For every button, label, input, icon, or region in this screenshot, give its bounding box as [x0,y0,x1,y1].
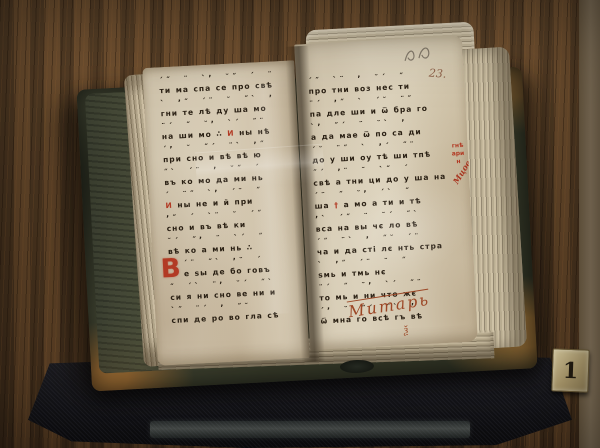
red-initial-letter: В [160,257,181,280]
manuscript-line: ˝ ˊˋ ¨ʼ ˘ˊ ˝ˋ си я ни сно ве ни и [170,277,299,303]
manuscript-line: ˋʼ ˝ˊ ¨ ˘ˋ ʼ а да мае ѿ по са ди [310,116,455,143]
manuscript-line: ¨ˊ ˝ ˘ʼ ˋˊ ˝¨ на ши мо ∴ И ны нѣ [161,117,290,143]
exhibit-number: 1 [562,357,578,384]
manuscript-line: ˝ˊ ʼ¨ ˘ ˋ˝ ˊ свѣ а тни ци до у ша на [313,162,458,189]
manuscript-line: ˊ˝ ¨ˋ ʼ ˝˘ ˊ¨ ча и да сті лє нть стра [316,231,461,258]
museum-photo-scene: ˊ˝ ¨ ˋʼ ˘˝ ˊ ¨ ти ма спа се про свѣ ˋ ʼ˝… [0,0,600,448]
manuscript-line: ˝ˋ ˊ¨ ʼ ˘˝ ˊ въ ко мо да ми нь [164,163,293,189]
manuscript-line: ˋ ʼ˝ ˊ¨ ˘ ˝ˋ ʼ гни те лѣ ду ша мо [160,94,289,120]
manuscript-line: ʼ˝ ˊ ˋ¨ ˘ ˊ˝ сно и въ вѣ ки [166,208,295,234]
manuscript-line: ˊ˘ ¨˝ ˋ ʼˊ ˝¨ до у ши оу тѣ ши тпѣ [311,139,456,166]
red-marginalia: гнѣ ари н Мцов [449,142,467,181]
exhibit-number-tag: 1 [551,348,589,392]
red-marginalia-word: Мцов [452,167,467,185]
manuscript-line-with-initial: В ˊ¨ ˝ˋ ʼ˘ ˊ е ѕы де бо говъ [168,254,297,280]
page-number: 23. [428,67,446,81]
manuscript-line: ˋ˝ ¨ˊ ʼ ˝˘ спи де ро во гла сѣ [171,300,300,326]
manuscript-line: ˘ˊ ˝ʼ ¨ ˋˊ ˝ вѣ ко а ми нь ∴ [167,231,296,257]
manuscript-line: ˊ ¨˝ ˋʼ ˊ˘ ˝ И ны не и й при [165,185,294,211]
manuscript-line: ˊ¨ ˝ ˘ʼ ˊˋ ˝ ша † а мо а ти и тѣ [314,185,459,212]
manuscript-line: ˊʼ ˘ ˝ˊ ¨ˋ ʼ˝ при сно и вѣ вѣ ю [162,140,291,166]
manuscript-line: ¨ˊ ʼ˝ ˋ ˊ˘ ¨˝ па дле ши и ѿ бра го [309,93,454,120]
quire-mark: ѯ [402,323,409,337]
manuscript-line: ˋ ʼ˝ ˊ¨ ˘ ˝ ѕмь и тмь нє [318,254,463,281]
left-page: ˊ˝ ¨ ˋʼ ˘˝ ˊ ¨ ти ма спа се про свѣ ˋ ʼ˝… [142,60,309,366]
manuscript-line: ˊ˝ ¨ ˋʼ ˘˝ ˊ ¨ ти ма спа се про свѣ [159,71,288,97]
acrylic-stand-edge [150,421,470,438]
manuscript-line: ʼˋ ˊ˝ ¨ ˘ˊ ˝ˋ вса на вы чє ло вѣ [315,208,460,235]
